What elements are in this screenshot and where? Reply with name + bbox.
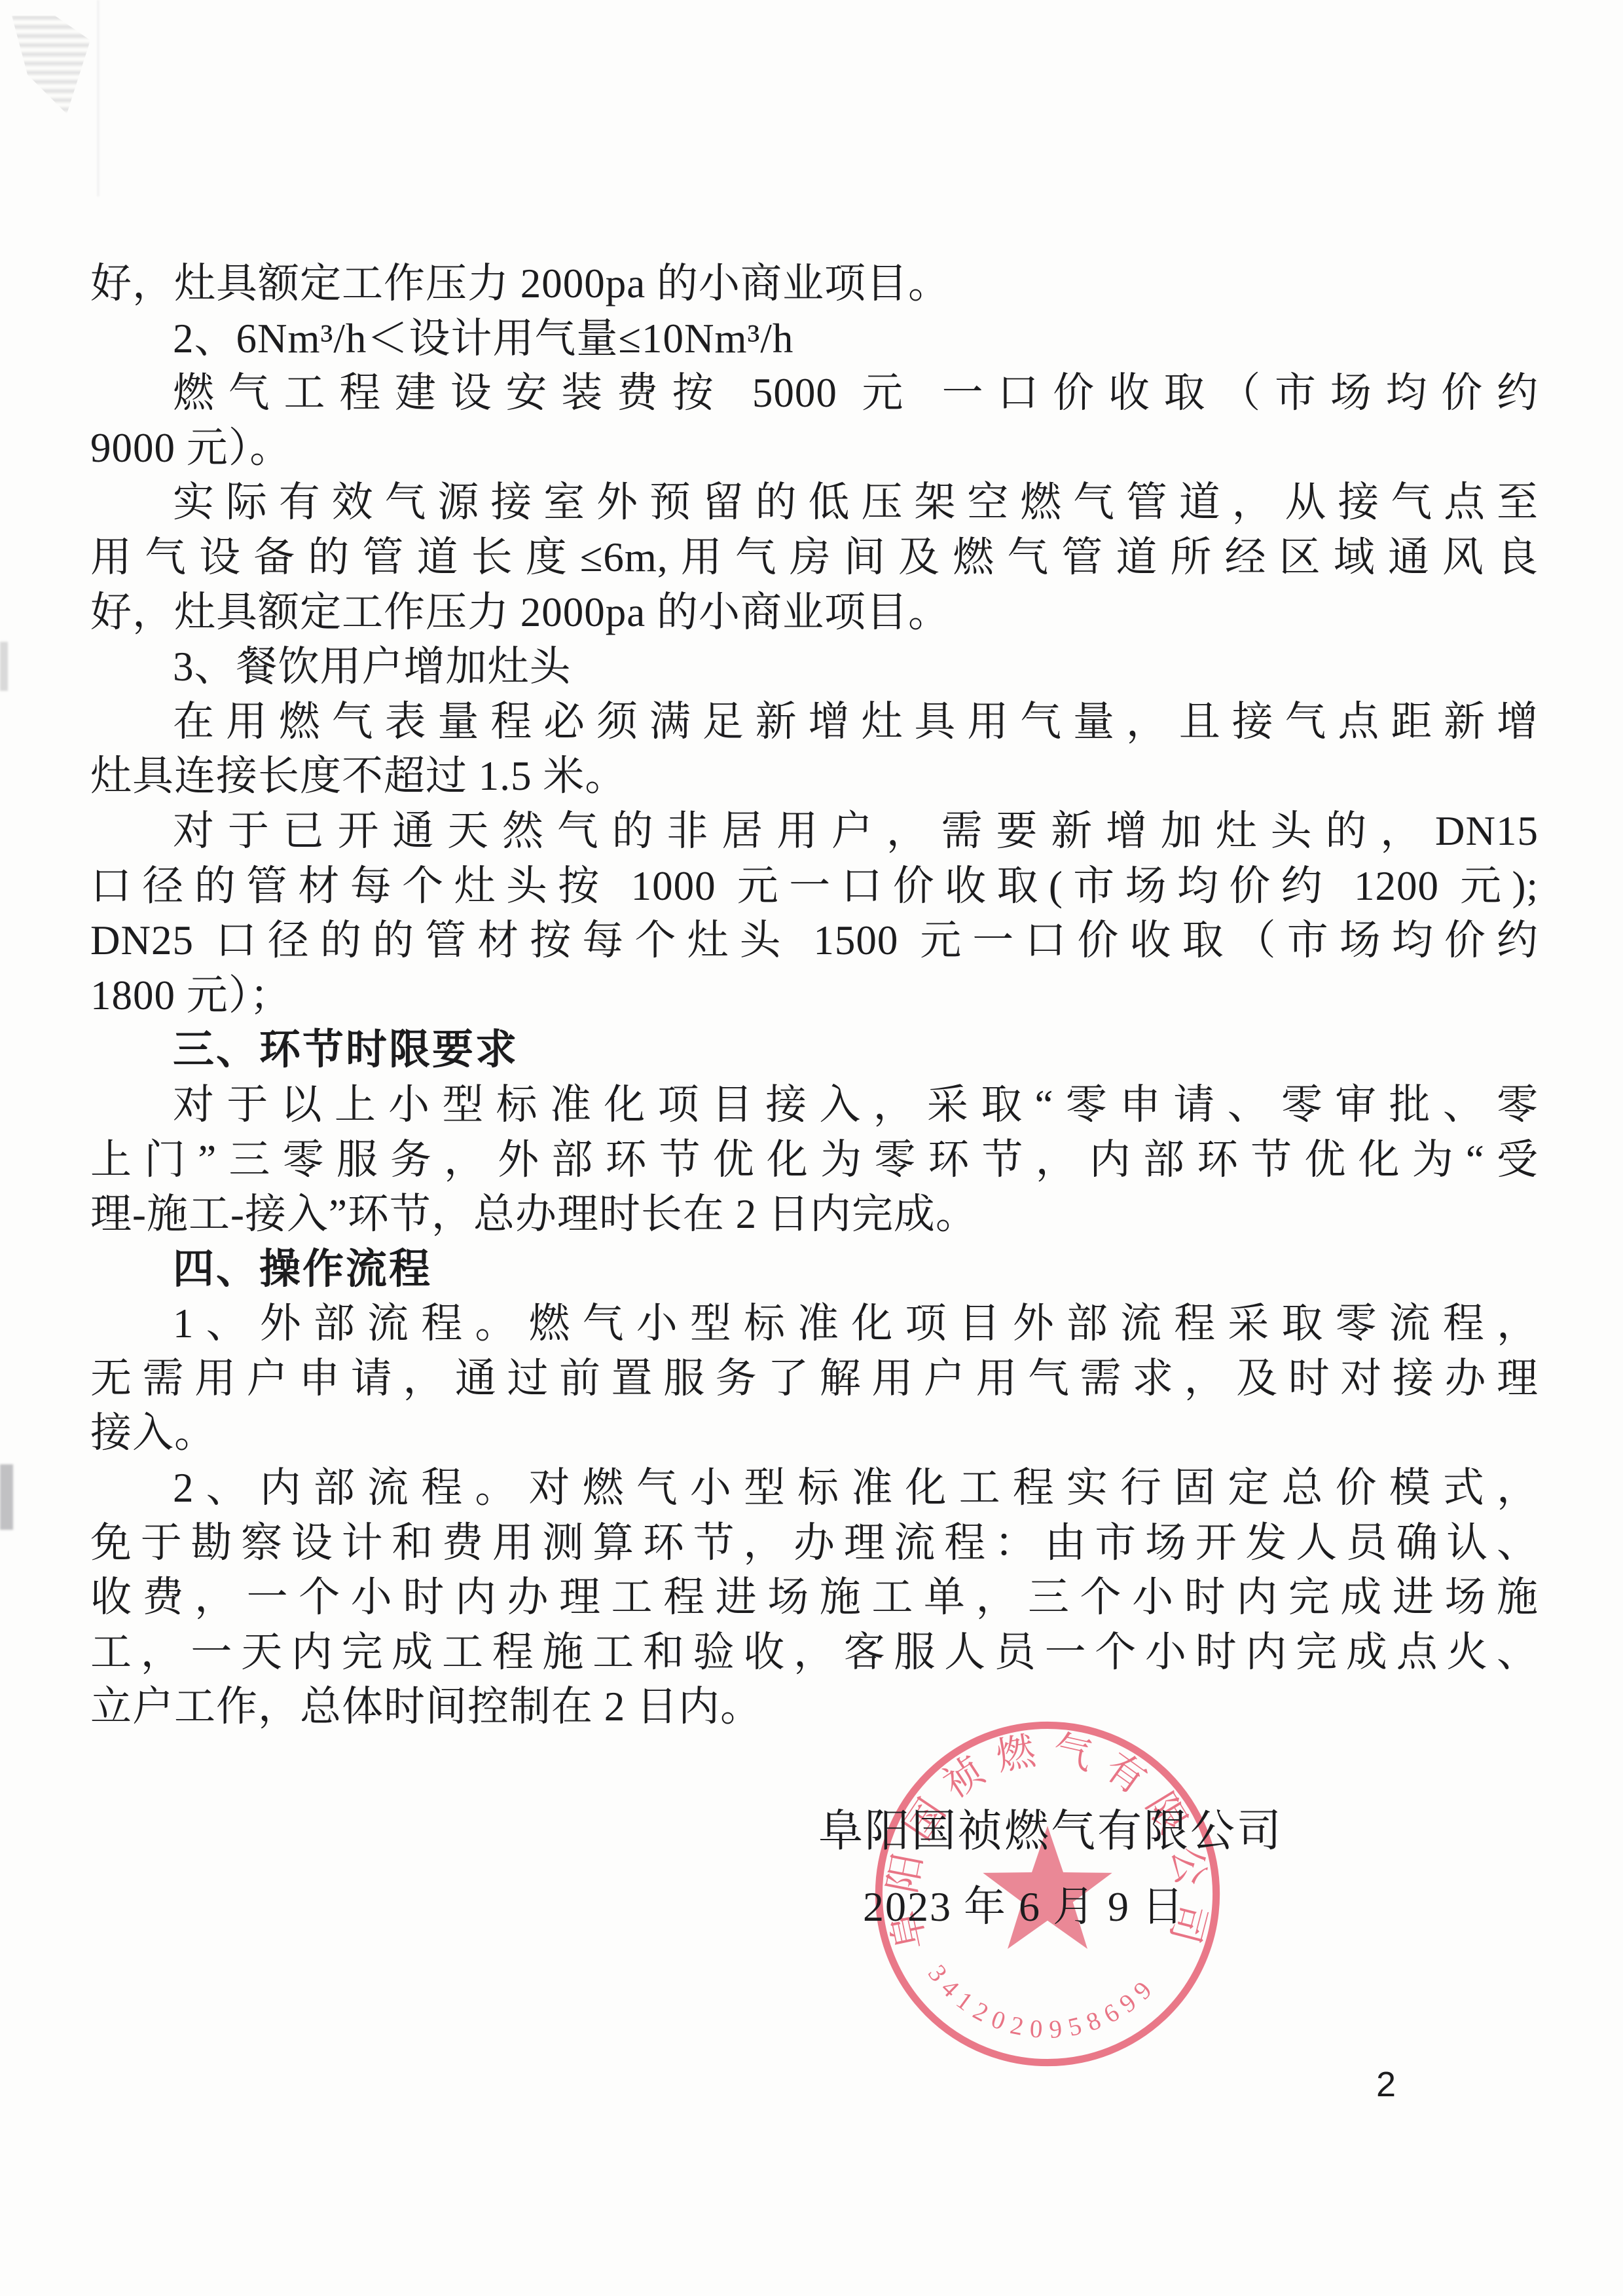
body-line: 在用燃气表量程必须满足新增灶具用气量，且接气点距新增	[90, 695, 1539, 750]
body-line: 2、6Nm³/h＜设计用气量≤10Nm³/h	[90, 312, 1539, 367]
signature-company-name: 阜阳国祯燃气有限公司	[818, 1796, 1283, 1859]
body-line: 口径的管材每个灶头按 1000 元一口价收取(市场均价约 1200 元);	[90, 859, 1539, 914]
signature-date: 2023 年 6 月 9 日	[863, 1873, 1185, 1933]
seal-serial-number: 3412020958699	[922, 1959, 1163, 2044]
body-line: 用气设备的管道长度≤6m,用气房间及燃气管道所经区域通风良	[90, 530, 1539, 585]
body-line: 2、内部流程。对燃气小型标准化工程实行固定总价模式，	[90, 1461, 1539, 1516]
scan-streak	[97, 0, 100, 196]
body-line: 1、外部流程。燃气小型标准化项目外部流程采取零流程，	[90, 1297, 1539, 1352]
section-heading: 三、环节时限要求	[90, 1023, 1539, 1078]
body-line: 对于以上小型标准化项目接入，采取“零申请、零审批、零	[90, 1078, 1539, 1133]
body-line: 上门”三零服务，外部环节优化为零环节，内部环节优化为“受	[90, 1133, 1539, 1188]
body-line: DN25 口径的的管材按每个灶头 1500 元一口价收取（市场均价约	[90, 914, 1539, 969]
section-heading: 四、操作流程	[90, 1242, 1539, 1297]
scan-mark	[0, 1464, 13, 1530]
body-line: 好，灶具额定工作压力 2000pa 的小商业项目。	[90, 257, 1539, 312]
document-body: 好，灶具额定工作压力 2000pa 的小商业项目。 2、6Nm³/h＜设计用气量…	[90, 257, 1539, 1735]
body-line: 燃气工程建设安装费按 5000 元 一口价收取（市场均价约	[90, 366, 1539, 421]
body-line: 9000 元）。	[90, 421, 1539, 476]
scan-mark	[0, 642, 8, 691]
body-line: 理-施工-接入”环节，总办理时长在 2 日内完成。	[90, 1187, 1539, 1242]
body-line: 收费，一个小时内办理工程进场施工单，三个小时内完成进场施	[90, 1570, 1539, 1625]
page-number: 2	[1376, 2064, 1396, 2105]
body-line: 1800 元）；	[90, 969, 1539, 1024]
body-line: 实际有效气源接室外预留的低压架空燃气管道，从接气点至	[90, 475, 1539, 530]
body-line: 对于已开通天然气的非居用户，需要新增加灶头的，DN15	[90, 804, 1539, 859]
body-line: 3、餐饮用户增加灶头	[90, 640, 1539, 695]
scan-smudge	[12, 16, 90, 114]
body-line: 接入。	[90, 1406, 1539, 1461]
body-line: 好，灶具额定工作压力 2000pa 的小商业项目。	[90, 585, 1539, 640]
body-line: 无需用户申请，通过前置服务了解用户用气需求，及时对接办理	[90, 1352, 1539, 1407]
document-page: 好，灶具额定工作压力 2000pa 的小商业项目。 2、6Nm³/h＜设计用气量…	[0, 0, 1623, 2296]
body-line: 工，一天内完成工程施工和验收，客服人员一个小时内完成点火、	[90, 1625, 1539, 1680]
body-line: 灶具连接长度不超过 1.5 米。	[90, 749, 1539, 804]
body-line: 免于勘察设计和费用测算环节，办理流程：由市场开发人员确认、	[90, 1516, 1539, 1571]
body-line: 立户工作，总体时间控制在 2 日内。	[90, 1680, 1539, 1735]
